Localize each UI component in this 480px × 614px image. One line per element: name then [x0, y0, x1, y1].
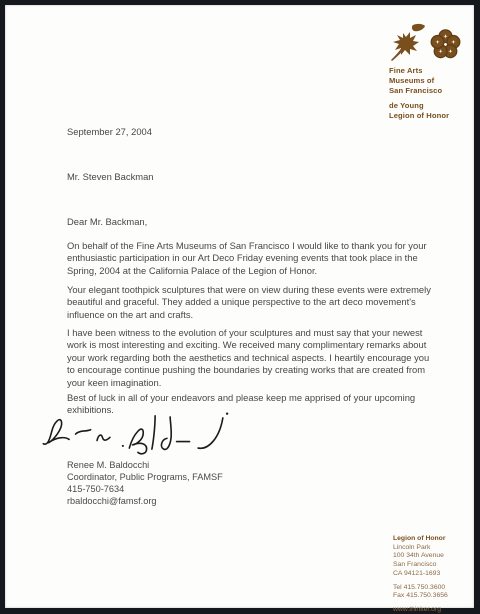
- footer-address-line2: 100 34th Avenue: [393, 552, 448, 561]
- footer-address-line1: Lincoln Park: [393, 544, 448, 553]
- footer-address-block: Legion of Honor Lincoln Park 100 34th Av…: [393, 535, 448, 614]
- logo-venue-line2: Legion of Honor: [389, 111, 449, 120]
- logo-venues: de YoungLegion of Honor: [389, 101, 475, 121]
- logo-icons: [389, 21, 475, 65]
- letter-paragraph-1: On behalf of the Fine Arts Museums of Sa…: [67, 240, 427, 277]
- letter-date: September 27, 2004: [67, 126, 152, 138]
- footer-location: Legion of Honor: [393, 535, 448, 544]
- legion-of-honor-rosette-icon: [429, 28, 462, 61]
- letter-paragraph-2: Your elegant toothpick sculptures that w…: [67, 284, 431, 321]
- letter-salutation: Dear Mr. Backman,: [67, 216, 147, 228]
- footer-address-line3: San Francisco: [393, 561, 448, 570]
- letter-page: Fine ArtsMuseums ofSan Francisco de Youn…: [5, 5, 474, 608]
- famsf-logo-block: Fine ArtsMuseums ofSan Francisco de Youn…: [389, 21, 475, 121]
- footer-address-line4: CA 94121-1693: [393, 570, 448, 579]
- logo-org-line3: San Francisco: [389, 86, 442, 95]
- signer-title: Coordinator, Public Programs, FAMSF: [67, 471, 223, 483]
- signer-name: Renee M. Baldocchi: [67, 459, 223, 471]
- letter-paragraph-3: I have been witness to the evolution of …: [67, 327, 429, 389]
- footer-website: www.thinker.org: [393, 606, 448, 614]
- footer-tel: Tel 415.750.3600: [393, 584, 448, 593]
- footer-fax: Fax 415.750.3656: [393, 592, 448, 601]
- signer-phone: 415-750-7634: [67, 483, 223, 495]
- signer-block: Renee M. Baldocchi Coordinator, Public P…: [67, 459, 223, 507]
- logo-venue-line1: de Young: [389, 101, 424, 110]
- signature-handwriting-icon: [39, 407, 254, 459]
- logo-org-line2: Museums of: [389, 76, 434, 85]
- signer-email: rbaldocchi@famsf.org: [67, 495, 223, 507]
- de-young-leaf-icon: [389, 23, 427, 63]
- logo-org-name: Fine ArtsMuseums ofSan Francisco: [389, 66, 475, 96]
- scanned-letter-frame: Fine ArtsMuseums ofSan Francisco de Youn…: [0, 0, 480, 614]
- logo-org-line1: Fine Arts: [389, 66, 423, 75]
- letter-recipient: Mr. Steven Backman: [67, 171, 154, 183]
